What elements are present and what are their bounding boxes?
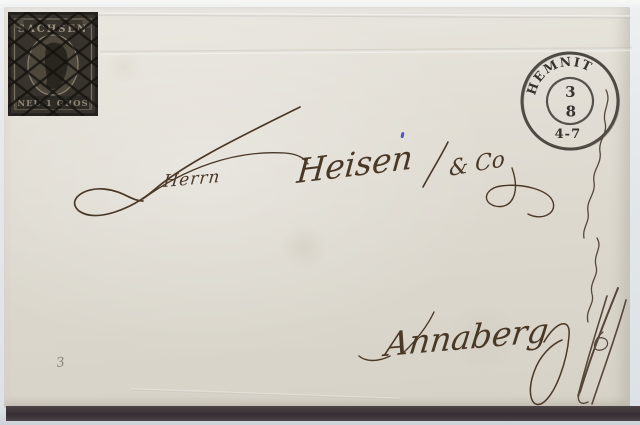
docket-note-squiggle-middle — [587, 238, 599, 322]
flourish-herrn-loop — [75, 107, 300, 215]
letter-photo: SACHSEN NEU 1 GROS CHEMNITZ 3 8 4-7 Herr… — [0, 0, 640, 425]
docket-flourish-stroke-1 — [580, 288, 618, 392]
envelope-bottom-shadow — [6, 406, 640, 421]
docket-flourish-stroke-2 — [578, 296, 607, 396]
blue-ink-speck — [400, 132, 404, 138]
docket-note-squiggle-upper — [584, 90, 608, 238]
docket-flourish-stroke-3 — [592, 300, 626, 404]
docket-flourish-hook — [578, 392, 588, 403]
flourish-slash — [423, 142, 448, 187]
address-recipient: Heisen — [294, 138, 414, 192]
address-destination: Annaberg — [380, 311, 551, 365]
pencil-mark: 3 — [55, 355, 65, 371]
address-salutation: Herrn — [162, 167, 222, 192]
handwriting-layer: Herrn Heisen & Co Annaberg 3 — [0, 0, 640, 425]
flourish-co-swirl — [486, 168, 553, 217]
address-company-amp: & Co — [449, 146, 505, 182]
